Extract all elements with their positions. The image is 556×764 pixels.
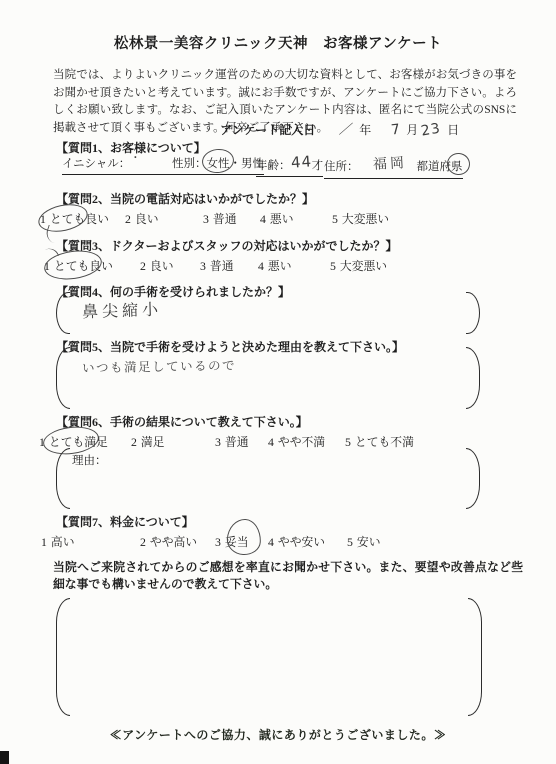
q2-option-2: 2良い	[125, 210, 159, 227]
gender-option-female: 女性	[207, 155, 230, 171]
address-unit-ken: 県	[451, 158, 463, 174]
address-label: 住所：	[324, 161, 359, 173]
handwritten-initial-mark: ・	[130, 149, 140, 164]
q3-option-3: 3普通	[200, 257, 234, 274]
q2-option-4: 4悪い	[260, 210, 294, 227]
age-field: 年齢：44才	[256, 155, 323, 177]
q3-option-4: 4悪い	[258, 257, 292, 274]
q3-options: 1とても良い 2良い 3普通 4悪い 5大変悪い	[0, 257, 556, 277]
q6-reason-label: 理由：	[72, 452, 107, 468]
q5-answer-box: いつも満足しているので	[56, 347, 480, 409]
date-label: アンケート記入日	[220, 123, 315, 137]
q6-header: 【質問6、手術の結果について教えて下さい。】	[56, 413, 308, 430]
q4-answer-box: 鼻尖縮小	[56, 292, 480, 334]
q2-header: 【質問2、当院の電話対応はいかがでしたか？】	[56, 190, 314, 207]
survey-scan-page: 松林景一美容クリニック天神 お客様アンケート 当院では、よりよいクリニック運営の…	[0, 0, 556, 764]
q7-options: 1高い 2やや高い 3妥当 4やや安い 5安い	[0, 533, 556, 553]
q7-header: 【質問7、料金について】	[56, 513, 194, 530]
initial-field: イニシャル：・	[62, 155, 188, 175]
handwritten-address: 福岡	[372, 152, 407, 174]
handwritten-age: 44	[290, 152, 312, 171]
q3-option-2: 2良い	[140, 257, 174, 274]
free-comment-prompt: 当院へご来院されてからのご感想を率直にお聞かせ下さい。また、要望や改善点など些細…	[53, 559, 523, 593]
handwritten-q5-answer: いつも満足しているので	[82, 356, 236, 377]
handwritten-month: 7	[390, 122, 401, 139]
handwritten-q4-answer: 鼻尖縮小	[82, 297, 163, 323]
handwritten-year: ／	[339, 119, 354, 140]
q7-option-2: 2やや高い	[140, 533, 197, 550]
q7-option-1: 1高い	[41, 533, 75, 550]
q3-option-1: 1とても良い	[44, 257, 113, 274]
age-label: 年齢：	[256, 160, 291, 172]
address-field: 住所：福岡都道府県	[324, 155, 463, 179]
initial-label: イニシャル：	[62, 158, 130, 170]
age-unit: 才	[312, 160, 324, 172]
q2-option-1: 1とても良い	[40, 210, 109, 227]
q6-reason-box: 理由：	[56, 448, 480, 509]
scan-artifact	[0, 751, 9, 764]
q2-options: 1とても良い 2良い 3普通 4悪い 5大変悪い	[0, 210, 556, 230]
q2-option-3: 3普通	[203, 210, 237, 227]
q3-header: 【質問3、ドクターおよびスタッフの対応はいかがでしたか？】	[56, 237, 398, 254]
free-comment-box	[56, 598, 482, 716]
date-row: アンケート記入日／年7月23日	[220, 119, 459, 139]
q7-option-3: 3妥当	[215, 533, 249, 550]
month-unit: 月	[406, 123, 418, 137]
q2-option-5: 5大変悪い	[332, 210, 389, 227]
day-unit: 日	[447, 123, 459, 137]
q7-option-4: 4やや安い	[268, 533, 325, 550]
gender-field: 性別：女性・男性	[172, 155, 264, 175]
handwritten-day: 23	[420, 120, 442, 139]
footer-thanks: ≪アンケートへのご協力、誠にありがとうございました。≫	[0, 726, 556, 743]
address-unit-prefix: 都道府	[417, 161, 452, 173]
q7-option-5: 5安い	[347, 533, 381, 550]
q3-option-5: 5大変悪い	[330, 257, 387, 274]
q1-fields: イニシャル：・ 性別：女性・男性 年齢：44才 住所：福岡都道府県	[0, 155, 556, 179]
year-unit: 年	[359, 123, 371, 137]
page-title: 松林景一美容クリニック天神 お客様アンケート	[0, 32, 556, 53]
